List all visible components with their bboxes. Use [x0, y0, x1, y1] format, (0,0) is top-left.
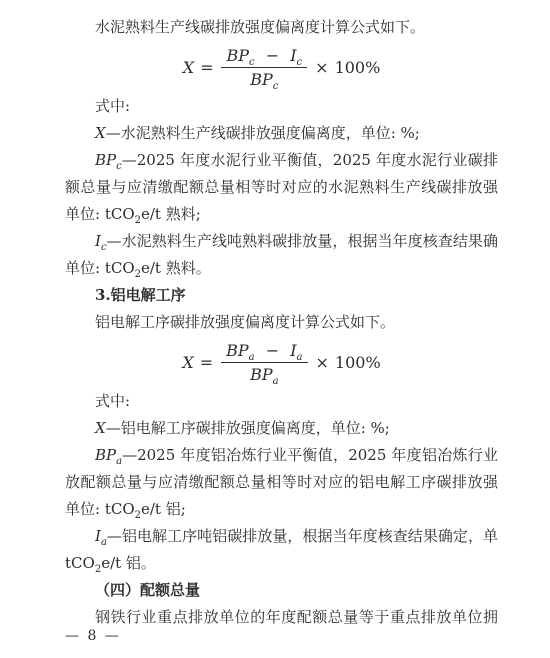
- unit-line-i-cement: 单位: tCO2e/t 熟料。: [65, 255, 498, 282]
- unit-text: e/t 铝。: [101, 554, 156, 572]
- subscript-a: a: [297, 352, 303, 363]
- unit-text: e/t 铝;: [141, 500, 186, 518]
- definition-bp-cement: BPc—2025 年度水泥行业平衡值，2025 年度水泥行业碳排放配: [65, 147, 498, 174]
- unit-text: e/t 熟料;: [141, 205, 201, 223]
- definition-x-cement: X—水泥熟料生产线碳排放强度偏离度，单位: %;: [65, 120, 498, 147]
- unit-line-bp-aluminum: 单位: tCO2e/t 铝;: [65, 496, 498, 523]
- unit-text: e/t 熟料。: [141, 259, 211, 277]
- variable-x: X: [95, 419, 106, 437]
- subscript-a: a: [273, 376, 279, 387]
- fraction-denominator: BPa: [245, 363, 284, 384]
- formula-cement: X = BPc − Ic BPc × 100%: [65, 41, 498, 93]
- definition-x-aluminum: X—铝电解工序碳排放强度偏离度，单位: %;: [65, 415, 498, 442]
- formula-variable-bp: BP: [226, 46, 249, 65]
- unit-line-i-aluminum: tCO2e/t 铝。: [65, 550, 498, 577]
- fraction: BPa − Ia BPa: [221, 341, 307, 384]
- definition-text: —2025 年度水泥行业平衡值，2025 年度水泥行业碳排放配: [65, 151, 498, 174]
- formula-variable-bp: BP: [250, 70, 273, 89]
- definition-bp-aluminum-cont: 放配额总量与应清缴配额总量相等时对应的铝电解工序碳排放强度，: [65, 469, 498, 496]
- minus-sign: −: [266, 341, 279, 360]
- unit-text: tCO: [65, 554, 95, 572]
- fraction: BPc − Ic BPc: [221, 46, 307, 89]
- subscript-c: c: [249, 57, 255, 68]
- heading-quota-total: （四）配额总量: [65, 577, 498, 604]
- definition-text: —2025 年度铝冶炼行业平衡值，2025 年度铝冶炼行业碳排: [65, 446, 498, 469]
- percent-value: 100%: [335, 58, 381, 77]
- definition-bp-cement-cont: 额总量与应清缴配额总量相等时对应的水泥熟料生产线碳排放强度，: [65, 174, 498, 201]
- definition-i-cement: Ic—水泥熟料生产线吨熟料碳排放量，根据当年度核查结果确定，: [65, 228, 498, 255]
- fraction-numerator: BPa − Ia: [221, 341, 307, 363]
- heading-aluminum-section: 3.铝电解工序: [65, 282, 498, 309]
- unit-text: 单位: tCO: [65, 205, 135, 223]
- paragraph-steel-quota: 钢铁行业重点排放单位的年度配额总量等于重点排放单位拥有: [65, 604, 498, 631]
- equals-sign: =: [200, 58, 213, 77]
- document-page: 水泥熟料生产线碳排放强度偏离度计算公式如下。 X = BPc − Ic BPc …: [0, 0, 550, 658]
- formula-variable-x: X: [182, 353, 193, 372]
- definition-bp-aluminum: BPa—2025 年度铝冶炼行业平衡值，2025 年度铝冶炼行业碳排: [65, 442, 498, 469]
- subscript-c: c: [297, 57, 303, 68]
- page-number: — 8 —: [65, 628, 121, 644]
- subscript-c: c: [273, 81, 279, 92]
- paragraph-aluminum-intro: 铝电解工序碳排放强度偏离度计算公式如下。: [65, 309, 498, 336]
- variable-bp: BP: [95, 151, 116, 169]
- equals-sign: =: [200, 353, 213, 372]
- unit-text: 单位: tCO: [65, 259, 135, 277]
- minus-sign: −: [266, 46, 279, 65]
- paragraph-cement-intro: 水泥熟料生产线碳排放强度偏离度计算公式如下。: [65, 14, 498, 41]
- formula-variable-bp: BP: [226, 341, 249, 360]
- definition-text: —铝电解工序吨铝碳排放量，根据当年度核查结果确定，单位:: [65, 527, 498, 550]
- formula-variable-bp: BP: [250, 365, 273, 384]
- where-label: 式中:: [65, 388, 498, 415]
- where-label: 式中:: [65, 93, 498, 120]
- variable-bp: BP: [95, 446, 116, 464]
- fraction-numerator: BPc − Ic: [221, 46, 307, 68]
- formula-variable-x: X: [183, 58, 194, 77]
- variable-x: X: [95, 124, 106, 142]
- subscript-a: a: [249, 352, 255, 363]
- times-sign: ×: [316, 353, 329, 372]
- definition-text: —水泥熟料生产线碳排放强度偏离度，单位: %;: [106, 124, 420, 142]
- unit-text: 单位: tCO: [65, 500, 135, 518]
- times-sign: ×: [315, 58, 328, 77]
- definition-text: —铝电解工序碳排放强度偏离度，单位: %;: [106, 419, 390, 437]
- unit-line-bp-cement: 单位: tCO2e/t 熟料;: [65, 201, 498, 228]
- formula-aluminum: X = BPa − Ia BPa × 100%: [65, 336, 498, 388]
- definition-i-aluminum: Ia—铝电解工序吨铝碳排放量，根据当年度核查结果确定，单位:: [65, 523, 498, 550]
- fraction-denominator: BPc: [245, 68, 283, 89]
- definition-text: —水泥熟料生产线吨熟料碳排放量，根据当年度核查结果确定，: [65, 232, 498, 255]
- percent-value: 100%: [335, 353, 381, 372]
